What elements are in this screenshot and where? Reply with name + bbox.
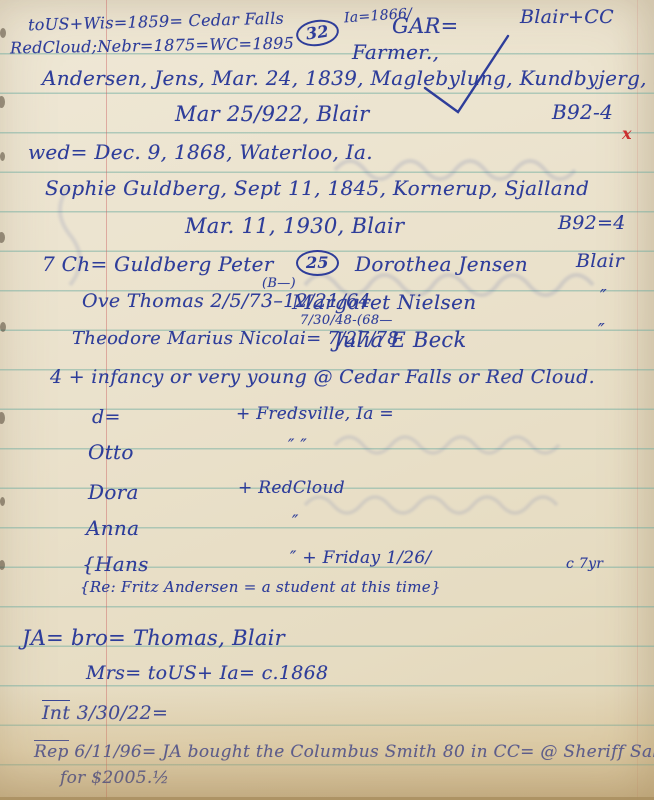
report-text: 6/11/96= JA bought the Columbus Smith 80…: [69, 742, 654, 762]
binding-tear: [0, 28, 6, 38]
place-1: Blair: [576, 250, 624, 272]
wife-death-line: Mar. 11, 1930, Blair: [185, 214, 404, 238]
ink-bleedthrough: [300, 480, 620, 530]
interview-line: Int 3/30/22=: [42, 702, 168, 724]
child-d-place: + Fredsville, Ia =: [236, 404, 394, 424]
region-note: Blair+CC: [520, 6, 614, 28]
wife-reference-code: B92=4: [558, 212, 626, 234]
child-d-label: d=: [92, 406, 121, 428]
age-circled-number: 32: [294, 17, 340, 49]
notebook-page: toUS+Wis=1859= Cedar Falls 32 Ia=1866/ G…: [0, 0, 654, 800]
hans-age-note: c 7yr: [566, 556, 603, 572]
binding-tear: [0, 232, 5, 243]
children-header: 7 Ch= Guldberg Peter: [42, 252, 274, 276]
otto-place: ″ ″: [288, 436, 307, 456]
reference-code: B92-4: [552, 100, 613, 124]
binding-tear: [0, 322, 6, 332]
spouse-2: Margaret Nielsen: [292, 290, 476, 314]
migration-note-1: toUS+Wis=1859= Cedar Falls: [28, 9, 284, 35]
report-line: Rep 6/11/96= JA bought the Columbus Smit…: [34, 742, 654, 762]
binding-tear: [0, 497, 5, 506]
hans-place: ″ + Friday 1/26/: [290, 548, 432, 568]
brother-line: JA= bro= Thomas, Blair: [22, 626, 285, 650]
child-anna: Anna: [86, 516, 139, 540]
child-dora: Dora: [88, 480, 139, 504]
binding-tear: [0, 152, 5, 161]
binding-tear: [0, 560, 5, 570]
report-word: Rep: [34, 740, 69, 762]
child-hans: {Hans: [82, 552, 149, 576]
interview-word: Int: [42, 700, 70, 724]
ditto-2: ″: [600, 286, 607, 307]
spouse-3: Julia E Beck: [334, 328, 467, 352]
fritz-note: {Re: Fritz Andersen = a student at this …: [80, 578, 441, 596]
dora-place: + RedCloud: [238, 478, 345, 498]
number-circled: 25: [296, 250, 339, 276]
child-2-note: (B—): [262, 276, 296, 291]
red-x-mark: x: [622, 124, 632, 143]
subject-death-line: Mar 25/922, Blair: [175, 102, 370, 126]
child-otto: Otto: [88, 440, 134, 464]
binding-tear: [0, 412, 5, 424]
price-line: for $2005.½: [60, 768, 169, 788]
ink-bleedthrough: [330, 420, 630, 470]
right-margin-line: [637, 0, 638, 800]
child-3-note: 7/30/48-(68—: [300, 313, 393, 328]
ditto-3: ″: [598, 320, 605, 341]
interview-date: 3/30/22=: [70, 702, 168, 724]
infancy-note: 4 + infancy or very young @ Cedar Falls …: [50, 366, 595, 388]
circled-25: 25: [296, 250, 339, 276]
migration-note-3: RedCloud;Nebr=1875=WC=1895: [10, 34, 294, 58]
circled-32: 32: [294, 17, 340, 49]
mrs-line: Mrs= toUS+ Ia= c.1868: [86, 662, 328, 684]
anna-place: ″: [292, 512, 299, 532]
marriage-line: wed= Dec. 9, 1868, Waterloo, Ia.: [28, 140, 373, 164]
subject-name-line: Andersen, Jens, Mar. 24, 1839, Maglebylu…: [42, 66, 654, 90]
binding-tear: [0, 96, 5, 108]
spouse-1: Dorothea Jensen: [355, 252, 528, 276]
wife-name-line: Sophie Guldberg, Sept 11, 1845, Kornerup…: [45, 176, 589, 200]
